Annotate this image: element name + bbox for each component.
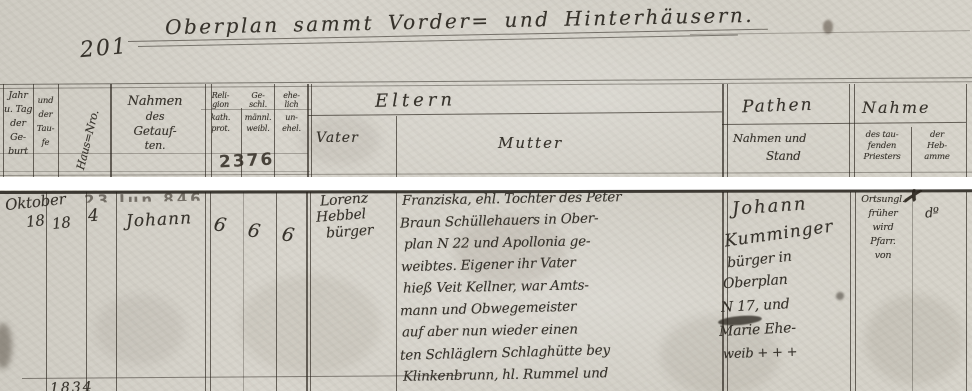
column-header-legitimacy: ehe- <box>277 91 306 100</box>
column-header-baptismdate: der <box>35 110 56 120</box>
column-header-religion: Reli- <box>202 91 239 100</box>
column-header-baptismdate: fe <box>35 138 56 148</box>
column-header-birthdate: Jahr <box>4 90 32 101</box>
grid-line-v <box>854 84 855 177</box>
record-note-line: von <box>856 250 910 261</box>
record-godparent-line: weib + + + <box>723 345 798 363</box>
column-header-midwife: Heb- <box>912 141 962 151</box>
paper-stain <box>95 295 185 365</box>
column-header-priest: Priesters <box>856 152 908 162</box>
grid-line-v <box>396 116 397 177</box>
column-header-midwife: amme <box>912 152 962 162</box>
column-header-midwife: der <box>912 130 962 140</box>
column-header-sex: schl. <box>243 100 273 109</box>
grid-line-v <box>243 192 244 391</box>
column-header-sex: männl. <box>243 113 273 122</box>
grid-line-v <box>116 192 117 391</box>
grid-line-v <box>86 192 87 391</box>
column-header-baptismdate: Tau- <box>35 124 56 134</box>
column-header-godparents: Pathen <box>742 95 814 117</box>
paper-stain <box>865 295 965 385</box>
column-header-childname: des <box>113 110 197 123</box>
column-header-priest: des tau- <box>856 130 908 140</box>
record-note-line: früher <box>856 208 910 219</box>
grid-line-v <box>33 84 34 177</box>
column-header-priest: fenden <box>856 141 908 151</box>
record-child-name: Johann <box>126 208 193 231</box>
grid-line-h <box>201 109 311 110</box>
archive-stamp: 2376 <box>219 150 275 173</box>
grid-line-v <box>912 192 913 391</box>
bottom-year: 1834 <box>50 379 94 391</box>
record-baptism-day: 18 <box>51 213 71 233</box>
grid-line-v <box>110 84 112 177</box>
grid-line-v <box>46 192 47 391</box>
grid-line-v <box>722 84 724 177</box>
record-note-line: Pfarr. <box>856 236 910 247</box>
column-header-religion: prot. <box>202 124 239 133</box>
grid-line-v <box>849 84 850 177</box>
register-scan-page: Oberplan sammt Vorder= und Hinterhäusern… <box>0 0 972 391</box>
record-house-number: 4 <box>87 206 99 227</box>
grid-line-v <box>276 192 277 391</box>
record-mother-line: auf aber nun wieder einen <box>402 321 578 340</box>
column-header-legitimacy: lich <box>277 100 306 109</box>
grid-line-v <box>306 192 308 391</box>
record-note-line: wird <box>856 222 910 233</box>
ink-speck <box>836 292 844 300</box>
grid-line-v <box>307 84 309 177</box>
column-header-birthdate: der <box>4 118 32 129</box>
grid-line-v <box>205 192 206 391</box>
column-header-religion: kath. <box>202 113 239 122</box>
column-header-mother: Mutter <box>498 134 563 152</box>
column-header-legitimacy: ehel. <box>277 124 306 133</box>
record-father-line: bürger <box>325 222 373 241</box>
grid-line-v <box>210 192 211 391</box>
grid-line-v <box>966 192 967 391</box>
column-header-name: Nahme <box>862 98 930 117</box>
column-header-birthdate: Ge- <box>4 132 32 143</box>
record-birth-day: 18 <box>25 211 45 231</box>
column-header-parents: Eltern <box>375 89 456 111</box>
grid-line-v <box>966 84 967 177</box>
column-header-birthdate: burt <box>4 146 32 157</box>
grid-line-h <box>0 171 310 172</box>
page-number: 201 <box>79 34 129 63</box>
column-header-sex: Ge- <box>243 91 273 100</box>
column-header-birthdate: u. Tag <box>4 104 32 115</box>
column-header-childname: Getauf- <box>113 124 197 138</box>
grid-line-v <box>850 192 851 391</box>
column-header-sex: weibl. <box>243 124 273 133</box>
record-mother-line: hieß Veit Kellner, war Amts- <box>403 277 589 296</box>
grid-line-v <box>310 192 311 391</box>
column-header-childname: Nahmen <box>113 94 197 109</box>
column-header-religion: gion <box>202 100 239 109</box>
column-header-godparents-sub: Nahmen und <box>733 131 806 145</box>
column-header-baptismdate: und <box>35 96 56 106</box>
grid-line-v <box>727 84 728 177</box>
column-header-legitimacy: un- <box>277 113 306 122</box>
grid-line-v <box>311 84 312 177</box>
column-header-childname: ten. <box>113 139 197 152</box>
grid-line-v <box>396 192 397 391</box>
column-header-godparents-sub: Stand <box>766 149 801 163</box>
ditto-mark: dº <box>924 205 939 221</box>
column-header-father: Vater <box>316 130 359 146</box>
grid-line-v <box>58 84 59 177</box>
record-mother-line: plan N 22 und Apollonia ge- <box>404 233 591 252</box>
